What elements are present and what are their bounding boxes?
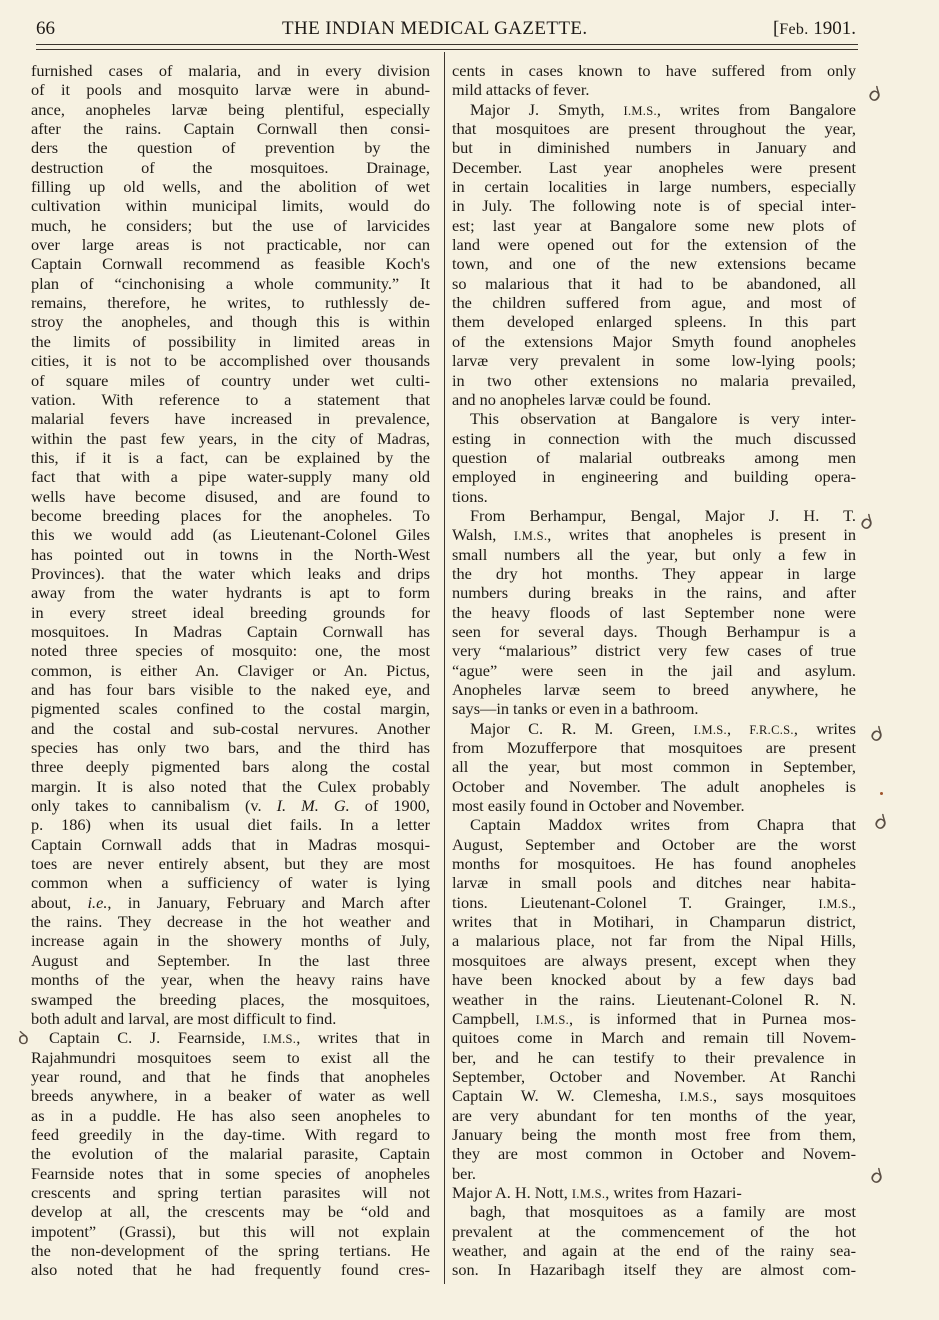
text-line: says—in tanks or even in a bathroom. [452, 699, 856, 718]
text-line: as in a puddle. He has also seen anophel… [31, 1106, 430, 1125]
text-line: most easily found in October and Novembe… [452, 796, 856, 815]
text-line: Major C. R. M. Green, I.M.S., F.R.C.S., … [452, 719, 856, 738]
text-line: destruction of the mosquitoes. Drainage, [31, 158, 430, 177]
text-line: after the rains. Captain Cornwall then c… [31, 119, 430, 138]
text-line: Captain Cornwall recommend as feasible K… [31, 254, 430, 273]
text-line: months of the year, when the heavy rains… [31, 970, 430, 989]
text-line: this we would add (as Lieutenant-Colonel… [31, 525, 430, 544]
text-line: breeds anywhere, in a beaker of water as… [31, 1086, 430, 1105]
text-line: common when a sufficiency of water is ly… [31, 873, 430, 892]
pencil-margin-mark-icon: ꝺ [855, 507, 880, 536]
text-line: prevalent at the commencement of the hot [452, 1222, 856, 1241]
text-line: common, is either An. Claviger or An. Pi… [31, 661, 430, 680]
text-line: about, i.e., in January, February and Ma… [31, 893, 430, 912]
text-line: Major J. Smyth, I.M.S., writes from Bang… [452, 100, 856, 119]
text-line: the dry hot months. They appear in large [452, 564, 856, 583]
text-line: three deeply pigmented bars along the co… [31, 757, 430, 776]
text-line: Campbell, I.M.S., is informed that in Pu… [452, 1009, 856, 1028]
text-line: son. In Hazaribagh itself they are almos… [452, 1260, 856, 1279]
text-line: numbers during breaks in the rains, and … [452, 583, 856, 602]
text-line: stroy the anopheles, and though this is … [31, 312, 430, 331]
text-line: them developed enlarged spleens. In this… [452, 312, 856, 331]
text-line: Major A. H. Nott, I.M.S., writes from Ha… [452, 1183, 856, 1202]
text-line: noted three species of mosquito: one, th… [31, 641, 430, 660]
pencil-margin-mark-icon: ꝺ [865, 719, 890, 748]
text-line: only takes to cannibalism (v. I. M. G. o… [31, 796, 430, 815]
text-line: in certain localities in large numbers, … [452, 177, 856, 196]
text-line: seen for several days. Though Berhampur … [452, 622, 856, 641]
text-line: in July. The following note is of specia… [452, 196, 856, 215]
text-line: fact that with a pipe water-supply many … [31, 467, 430, 486]
pencil-dot-icon [880, 792, 883, 795]
text-line: weather in the rains. Lieutenant-Colonel… [452, 990, 856, 1009]
text-line: so malarious that it had to be abandoned… [452, 274, 856, 293]
text-line: that mosquitoes are present throughout t… [452, 119, 856, 138]
text-line: small numbers all the year, but only a f… [452, 545, 856, 564]
text-line: bagh, that mosquitoes as a family are mo… [452, 1202, 856, 1221]
text-line: weather, and again at the end of the rai… [452, 1241, 856, 1260]
text-line: both adult and larval, are most difficul… [31, 1009, 430, 1028]
text-line: away from the water hydrants is apt to f… [31, 583, 430, 602]
text-line: furnished cases of malaria, and in every… [31, 61, 430, 80]
text-line: of the extensions Major Smyth found anop… [452, 332, 856, 351]
text-line: in two other extensions no malaria preva… [452, 371, 856, 390]
text-line: land were opened out for the extension o… [452, 235, 856, 254]
text-line: filling up old wells, and the abolition … [31, 177, 430, 196]
text-line: also noted that he had frequently found … [31, 1260, 430, 1279]
text-line: August and September. In the last three [31, 951, 430, 970]
text-line: plan of “cinchonising a whole community.… [31, 274, 430, 293]
text-line: larvæ very prevalent in some low-lying p… [452, 351, 856, 370]
text-line: question of malarial outbreaks among men [452, 448, 856, 467]
text-line: in every street ideal breeding grounds f… [31, 603, 430, 622]
header-rule [36, 44, 858, 50]
text-line: ders the question of prevention by the [31, 138, 430, 157]
text-line: tions. Lieutenant-Colonel T. Grainger, I… [452, 893, 856, 912]
text-line: quitoes come in March and remain till No… [452, 1028, 856, 1047]
text-line: wells have become disused, and are found… [31, 487, 430, 506]
text-line: feed greedily in the day-time. With rega… [31, 1125, 430, 1144]
text-line: margin. It is also noted that the Culex … [31, 777, 430, 796]
text-line: tions. [452, 487, 856, 506]
text-line: the non-development of the spring tertia… [31, 1241, 430, 1260]
text-line: over large areas is not practicable, nor… [31, 235, 430, 254]
text-line: swamped the breeding places, the mosquit… [31, 990, 430, 1009]
text-line: writes that in Motihari, in Champarun di… [452, 912, 856, 931]
text-line: but in diminished numbers in January and [452, 138, 856, 157]
text-line: the heavy floods of last September none … [452, 603, 856, 622]
text-line: ber, and he can testify to their prevale… [452, 1048, 856, 1067]
text-line: the children suffered from ague, and mos… [452, 293, 856, 312]
text-line: Captain Cornwall adds that in Madras mos… [31, 835, 430, 854]
text-line: crescents and spring tertian parasites w… [31, 1183, 430, 1202]
text-line: and the costal and sub-costal nervures. … [31, 719, 430, 738]
text-line: Walsh, I.M.S., writes that anopheles is … [452, 525, 856, 544]
pencil-margin-mark-icon: ꝺ [865, 1161, 890, 1190]
journal-title: THE INDIAN MEDICAL GAZETTE. [282, 18, 588, 40]
text-line: mosquitoes are always present, except wh… [452, 951, 856, 970]
text-line: malarial fevers have increased in preval… [31, 409, 430, 428]
text-line: develop at all, the crescents may be “ol… [31, 1202, 430, 1221]
text-line: This observation at Bangalore is very in… [452, 409, 856, 428]
text-line: has pointed out in towns in the North-We… [31, 545, 430, 564]
text-line: this, if it is a fact, can be explained … [31, 448, 430, 467]
text-line: within the past few years, in the city o… [31, 429, 430, 448]
text-line: mosquitoes. In Madras Captain Cornwall h… [31, 622, 430, 641]
text-line: all the year, but most common in Septemb… [452, 757, 856, 776]
pencil-margin-mark-icon: ꝺ [869, 807, 894, 836]
text-line: year round, and that he finds that anoph… [31, 1067, 430, 1086]
text-line: larvæ in small pools and ditches near ha… [452, 873, 856, 892]
text-line: January being the month most free from t… [452, 1125, 856, 1144]
text-line: December. Last year anopheles were prese… [452, 158, 856, 177]
text-line: Captain C. J. Fearnside, I.M.S., writes … [31, 1028, 430, 1047]
text-line: vation. With reference to a statement th… [31, 390, 430, 409]
text-line: very “malarious” district very few cases… [452, 641, 856, 660]
text-line: cities, it is not to be accomplished ove… [31, 351, 430, 370]
text-line: August, September and October are the wo… [452, 835, 856, 854]
text-line: employed in engineering and building ope… [452, 467, 856, 486]
text-line: species has only two bars, and the third… [31, 738, 430, 757]
text-line: of it pools and mosquito larvæ were in a… [31, 80, 430, 99]
text-line: much, he considers; but the use of larvi… [31, 216, 430, 235]
text-line: the evolution of the malarial parasite, … [31, 1144, 430, 1163]
text-line: ber. [452, 1164, 856, 1183]
text-line: cents in cases known to have suffered fr… [452, 61, 856, 80]
text-line: the rains. They decrease in the hot weat… [31, 912, 430, 931]
text-line: Anopheles larvæ seem to breed anywhere, … [452, 680, 856, 699]
issue-date-year: 1901. [813, 18, 856, 39]
text-line: the limits of possibility in limited are… [31, 332, 430, 351]
text-line: impotent” (Grassi), but this will not ex… [31, 1222, 430, 1241]
text-line: and no anopheles larvæ could be found. [452, 390, 856, 409]
text-line: cultivation within municipal limits, wou… [31, 196, 430, 215]
text-line: Fearnside notes that in some species of … [31, 1164, 430, 1183]
issue-date: [Feb. 1901. [773, 18, 856, 40]
text-line: est; last year at Bangalore some new plo… [452, 216, 856, 235]
text-line: Provinces). that the water which leaks a… [31, 564, 430, 583]
text-line: of square miles of country under wet cul… [31, 371, 430, 390]
text-line: October and November. The adult anophele… [452, 777, 856, 796]
text-line: are very abundant for ten months of the … [452, 1106, 856, 1125]
text-line: Captain W. W. Clemesha, I.M.S., says mos… [452, 1086, 856, 1105]
page-number: 66 [36, 18, 55, 40]
text-line: and has four bars visible to the naked e… [31, 680, 430, 699]
text-line: have been knocked about by a few days ba… [452, 970, 856, 989]
text-line: esting in connection with the much discu… [452, 429, 856, 448]
column-divider [444, 52, 445, 1284]
pencil-margin-mark-icon: ꝺ [863, 79, 888, 108]
text-line: pigmented scales confined to the costal … [31, 699, 430, 718]
page-header: 66 THE INDIAN MEDICAL GAZETTE. [Feb. 190… [36, 14, 856, 42]
text-line: “ague” were seen in the jail and asylum. [452, 661, 856, 680]
issue-date-month: Feb. [779, 21, 808, 38]
text-line: From Berhampur, Bengal, Major J. H. T. [452, 506, 856, 525]
text-line: town, and one of the new extensions beca… [452, 254, 856, 273]
text-line: a malarious place, not far from the Nipa… [452, 931, 856, 950]
text-line: Captain Maddox writes from Chapra that [452, 815, 856, 834]
pencil-margin-mark-icon: ꝺ [18, 1026, 29, 1050]
text-line: become breeding places for the anopheles… [31, 506, 430, 525]
text-line: toes are never entirely absent, but they… [31, 854, 430, 873]
text-line: increase again in the showery months of … [31, 931, 430, 950]
text-line: months for mosquitoes. He has found anop… [452, 854, 856, 873]
text-line: ance, anopheles larvæ being plentiful, e… [31, 100, 430, 119]
text-line: remains, therefore, he writes, to ruthle… [31, 293, 430, 312]
right-column: cents in cases known to have suffered fr… [452, 61, 856, 1280]
text-line: from Mozufferpore that mosquitoes are pr… [452, 738, 856, 757]
text-line: they are most common in October and Nove… [452, 1144, 856, 1163]
text-line: Rajahmundri mosquitoes seem to exist all… [31, 1048, 430, 1067]
text-line: mild attacks of fever. [452, 80, 856, 99]
text-line: p. 186) when its usual diet fails. In a … [31, 815, 430, 834]
text-line: September, October and November. At Ranc… [452, 1067, 856, 1086]
left-column: furnished cases of malaria, and in every… [31, 61, 430, 1280]
